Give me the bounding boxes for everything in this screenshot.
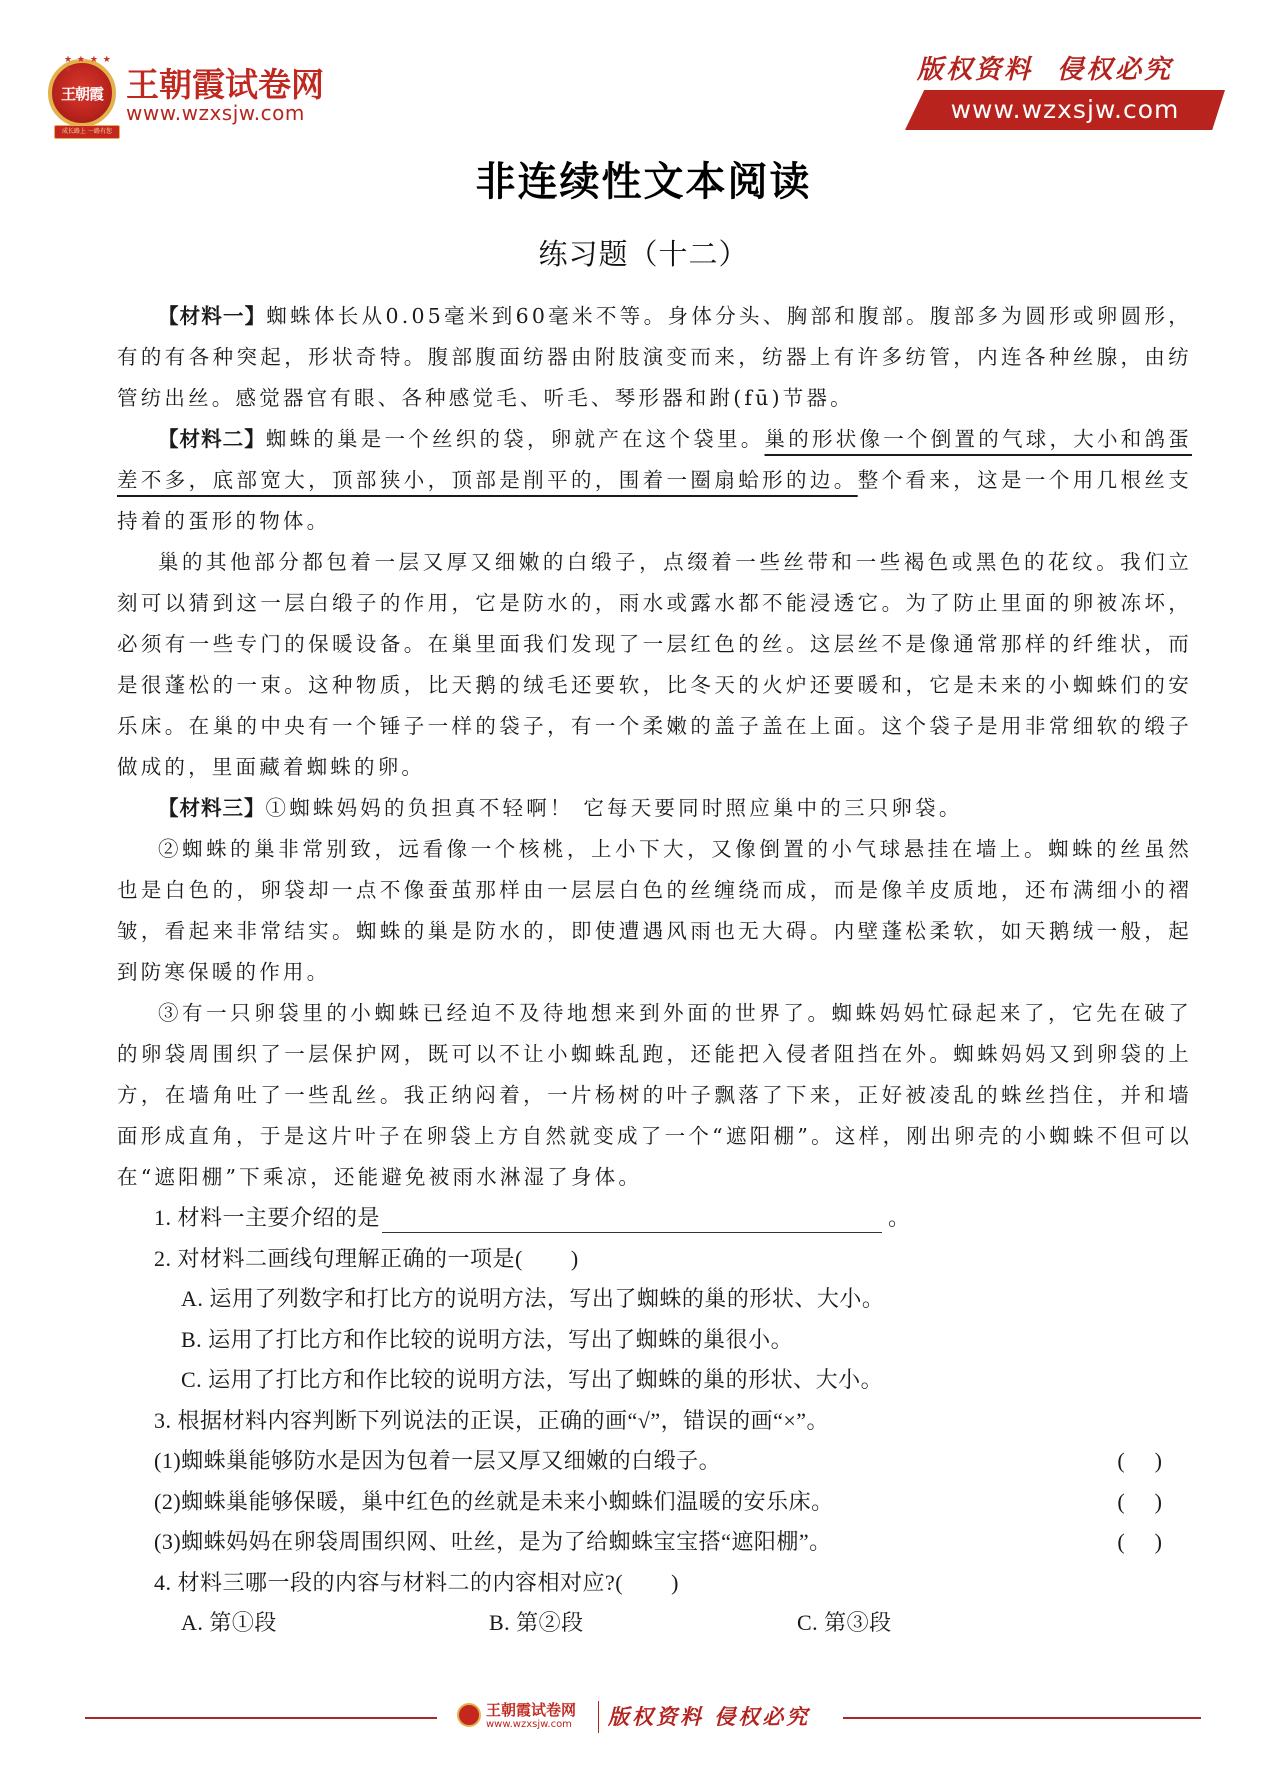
page-footer: 王朝霞试卷网 www.wzxsjw.com 版权资料 侵权必究 bbox=[0, 1693, 1287, 1743]
brand-emblem-icon: ★ ★ ★ ★ ★ 王朝霞 成长路上 一路有您 bbox=[48, 59, 116, 127]
url-banner-text: www.wzxsjw.com bbox=[905, 90, 1225, 130]
question-2-option-a[interactable]: A. 运用了列数字和打比方的说明方法，写出了蜘蛛的巢的形状、大小。 bbox=[117, 1279, 1192, 1320]
emblem-ribbon: 成长路上 一路有您 bbox=[54, 125, 120, 139]
judge-item-3: (3)蜘蛛妈妈在卵袋周围织网、吐丝，是为了给蜘蛛宝宝搭“遮阳棚”。 () bbox=[117, 1522, 1192, 1563]
paren-close: ) bbox=[671, 1570, 679, 1595]
question-3: 3. 根据材料内容判断下列说法的正误，正确的画“√”，错误的画“×”。 bbox=[117, 1401, 1192, 1442]
judge-answer-paren[interactable]: () bbox=[1117, 1522, 1192, 1563]
footer-divider-left bbox=[85, 1717, 437, 1719]
material-2-paragraph-1: 【材料二】蜘蛛的巢是一个丝织的袋，卵就产在这个袋里。巢的形状像一个倒置的气球，大… bbox=[117, 419, 1192, 542]
material-2-paragraph-2: 巢的其他部分都包着一层又厚又细嫩的白缎子，点缀着一些丝带和一些褐色或黑色的花纹。… bbox=[117, 542, 1192, 788]
paren-close: ) bbox=[571, 1246, 579, 1271]
copyright-banner: 版权资料 侵权必究 www.wzxsjw.com bbox=[905, 45, 1245, 130]
brand-logo: ★ ★ ★ ★ ★ 王朝霞 成长路上 一路有您 王朝霞试卷网 www.wzxsj… bbox=[48, 55, 348, 135]
question-4-text: 4. 材料三哪一段的内容与材料二的内容相对应?( bbox=[154, 1570, 623, 1595]
question-1-end: 。 bbox=[888, 1205, 911, 1230]
material-1-text: 蜘蛛体长从0.05毫米到60毫米不等。身体分头、胸部和腹部。腹部多为圆形或卵圆形… bbox=[117, 304, 1192, 410]
judge-item-1: (1)蜘蛛巢能够防水是因为包着一层又厚又细嫩的白缎子。 () bbox=[117, 1441, 1192, 1482]
reading-materials: 【材料一】蜘蛛体长从0.05毫米到60毫米不等。身体分头、胸部和腹部。腹部多为圆… bbox=[117, 296, 1192, 1198]
footer-divider-right bbox=[843, 1717, 1201, 1719]
material-1-paragraph: 【材料一】蜘蛛体长从0.05毫米到60毫米不等。身体分头、胸部和腹部。腹部多为圆… bbox=[117, 296, 1192, 419]
footer-brand-name: 王朝霞试卷网 bbox=[486, 1699, 576, 1720]
brand-name: 王朝霞试卷网 bbox=[126, 59, 324, 106]
question-2-text: 2. 对材料二画线句理解正确的一项是( bbox=[154, 1246, 523, 1271]
answer-blank[interactable] bbox=[382, 1206, 882, 1233]
page-title: 非连续性文本阅读 bbox=[0, 150, 1287, 207]
question-4: 4. 材料三哪一段的内容与材料二的内容相对应?() bbox=[117, 1563, 1192, 1604]
stars-icon: ★ ★ ★ ★ ★ bbox=[64, 55, 112, 75]
material-3-label: 【材料三】 bbox=[158, 796, 266, 820]
material-3-text-1: ①蜘蛛妈妈的负担真不轻啊！ 它每天要同时照应巢中的三只卵袋。 bbox=[266, 796, 963, 820]
judge-item-3-text: (3)蜘蛛妈妈在卵袋周围织网、吐丝，是为了给蜘蛛宝宝搭“遮阳棚”。 bbox=[154, 1529, 832, 1554]
judge-answer-paren[interactable]: () bbox=[1117, 1441, 1192, 1482]
question-4-options: A. 第①段 B. 第②段 C. 第③段 bbox=[117, 1603, 1192, 1644]
page-subtitle: 练习题（十二） bbox=[0, 232, 1287, 273]
footer-url[interactable]: www.wzxsjw.com bbox=[486, 1719, 572, 1730]
material-1-label: 【材料一】 bbox=[158, 304, 266, 328]
judge-item-2-text: (2)蜘蛛巢能够保暖，巢中红色的丝就是未来小蜘蛛们温暖的安乐床。 bbox=[154, 1489, 834, 1514]
judge-item-1-text: (1)蜘蛛巢能够防水是因为包着一层又厚又细嫩的白缎子。 bbox=[154, 1448, 721, 1473]
question-4-option-b[interactable]: B. 第②段 bbox=[489, 1603, 797, 1644]
material-3-paragraph-1: 【材料三】①蜘蛛妈妈的负担真不轻啊！ 它每天要同时照应巢中的三只卵袋。 bbox=[117, 788, 1192, 829]
footer-separator bbox=[598, 1701, 599, 1733]
question-1: 1. 材料一主要介绍的是。 bbox=[117, 1198, 1192, 1239]
brand-url[interactable]: www.wzxsjw.com bbox=[126, 101, 305, 125]
question-2-option-b[interactable]: B. 运用了打比方和作比较的说明方法，写出了蜘蛛的巢很小。 bbox=[117, 1320, 1192, 1361]
question-1-text: 1. 材料一主要介绍的是 bbox=[154, 1205, 380, 1230]
questions: 1. 材料一主要介绍的是。 2. 对材料二画线句理解正确的一项是() A. 运用… bbox=[117, 1198, 1192, 1644]
judge-answer-paren[interactable]: () bbox=[1117, 1482, 1192, 1523]
question-2-option-c[interactable]: C. 运用了打比方和作比较的说明方法，写出了蜘蛛的巢的形状、大小。 bbox=[117, 1360, 1192, 1401]
question-4-option-c[interactable]: C. 第③段 bbox=[797, 1603, 1105, 1644]
material-2-text-before: 蜘蛛的巢是一个丝织的袋，卵就产在这个袋里。 bbox=[266, 427, 765, 451]
question-4-option-a[interactable]: A. 第①段 bbox=[181, 1603, 489, 1644]
emblem-text: 王朝霞 bbox=[61, 83, 103, 104]
question-2: 2. 对材料二画线句理解正确的一项是() bbox=[117, 1239, 1192, 1280]
url-banner[interactable]: www.wzxsjw.com bbox=[905, 90, 1225, 130]
material-3-paragraph-3: ③有一只卵袋里的小蜘蛛已经迫不及待地想来到外面的世界了。蜘蛛妈妈忙碌起来了，它先… bbox=[117, 993, 1192, 1198]
judge-item-2: (2)蜘蛛巢能够保暖，巢中红色的丝就是未来小蜘蛛们温暖的安乐床。 () bbox=[117, 1482, 1192, 1523]
material-3-paragraph-2: ②蜘蛛的巢非常别致，远看像一个核桃，上小下大，又像倒置的小气球悬挂在墙上。蜘蛛的… bbox=[117, 829, 1192, 993]
footer-emblem-icon bbox=[457, 1703, 481, 1727]
material-2-label: 【材料二】 bbox=[158, 427, 266, 451]
footer-slogan: 版权资料 侵权必究 bbox=[608, 1701, 810, 1731]
copyright-slogan: 版权资料 侵权必究 bbox=[917, 49, 1173, 86]
